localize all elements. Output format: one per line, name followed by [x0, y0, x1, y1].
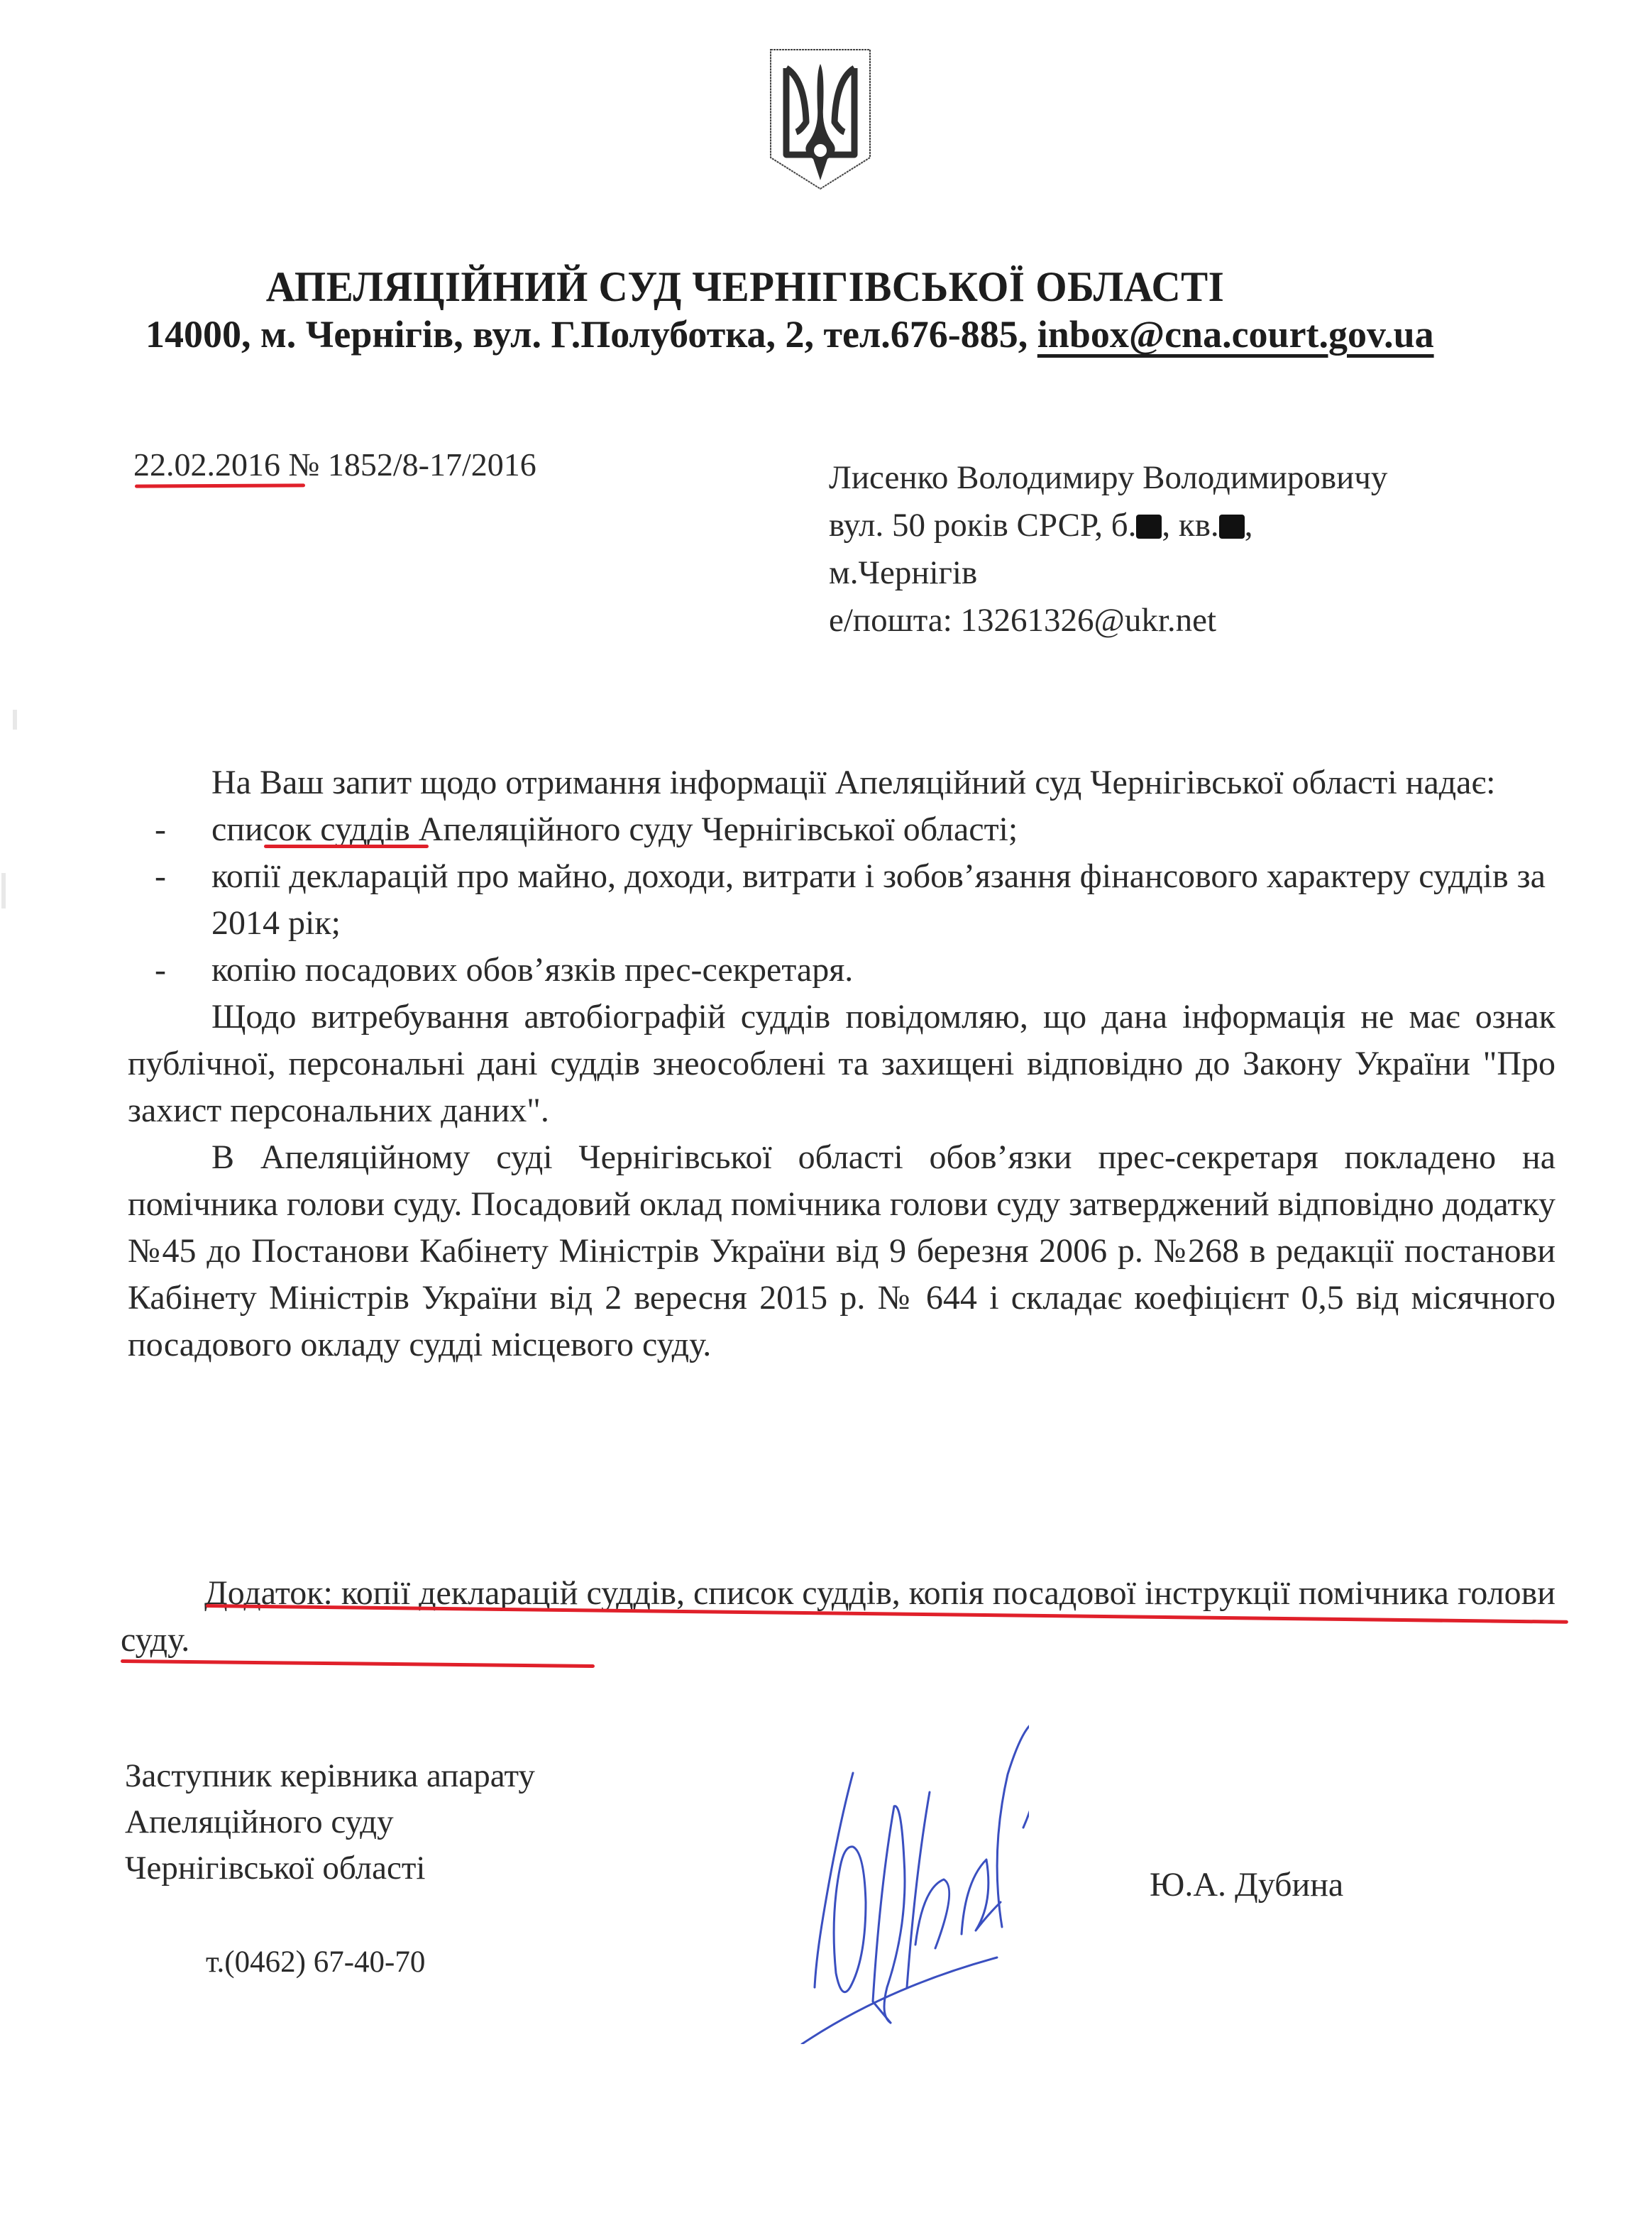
list-item: -копію посадових обов’язків прес-секрета… — [128, 947, 1555, 994]
redacted-building — [1136, 515, 1162, 539]
handwritten-signature — [773, 1689, 1029, 2044]
redacted-apartment — [1219, 515, 1245, 539]
recipient-email: е/пошта: 13261326@ukr.net — [829, 597, 1387, 644]
letter-number: 1852/8-17/2016 — [328, 446, 536, 483]
signer-position: Заступник керівника апарату Апеляційного… — [125, 1753, 535, 1891]
recipient-block: Лисенко Володимиру Володимировичу вул. 5… — [829, 454, 1387, 644]
court-email-link[interactable]: inbox@cna.court.gov.ua — [1037, 313, 1434, 356]
letter-body: На Ваш запит щодо отримання інформації А… — [128, 759, 1555, 1368]
scan-artifact — [1, 873, 6, 908]
signer-name: Ю.А. Дубина — [1150, 1865, 1343, 1904]
list-item: -копії декларацій про майно, доходи, вит… — [128, 853, 1555, 947]
recipient-street: вул. 50 років СРСР, б., кв., — [829, 502, 1387, 549]
court-address: 14000, м. Чернігів, вул. Г.Полуботка, 2,… — [145, 312, 1434, 356]
coat-of-arms-icon — [765, 44, 876, 193]
autobiography-paragraph: Щодо витребування автобіографій суддів п… — [128, 994, 1555, 1134]
letter-date: 22.02.2016 — [133, 446, 280, 483]
red-annotation-underline — [264, 845, 429, 848]
scan-artifact — [13, 710, 17, 730]
reference-line: 22.02.2016 № 1852/8-17/2016 — [133, 446, 536, 483]
recipient-city: м.Чернігів — [829, 549, 1387, 597]
signer-phone: т.(0462) 67-40-70 — [206, 1945, 425, 1979]
court-name-heading: АПЕЛЯЦІЙНИЙ СУД ЧЕРНІГІВСЬКОЇ ОБЛАСТІ — [38, 263, 1453, 312]
red-annotation-underline — [135, 483, 305, 488]
recipient-name: Лисенко Володимиру Володимировичу — [829, 454, 1387, 502]
number-sign: № — [289, 446, 320, 483]
provides-word: надає: — [1406, 764, 1496, 801]
court-address-text: 14000, м. Чернігів, вул. Г.Полуботка, 2,… — [145, 313, 1028, 356]
intro-paragraph: На Ваш запит щодо отримання інформації А… — [128, 759, 1555, 806]
press-secretary-paragraph: В Апеляційному суді Чернігівської област… — [128, 1134, 1555, 1368]
